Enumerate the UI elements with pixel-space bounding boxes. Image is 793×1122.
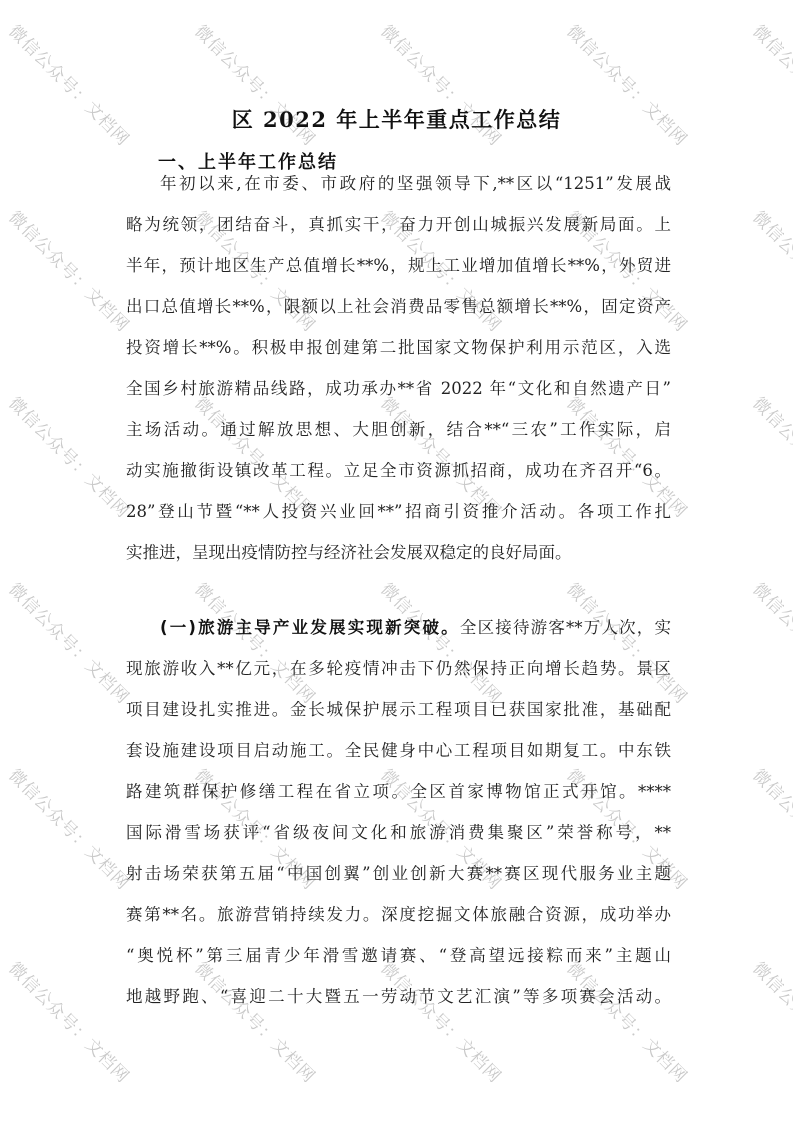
text-line: 年初以来,在市委、市政府的坚强领导下,**区以“1251”发展战 bbox=[160, 172, 671, 196]
text-span: 全区接待游客**万人次，实 bbox=[460, 618, 671, 637]
text-line: 套设施建设项目启动施工。全民健身中心工程项目如期复工。中东铁 bbox=[126, 739, 671, 763]
text-line: “奥悦杯”第三届青少年滑雪邀请赛、“登高望远接粽而来”主题山 bbox=[126, 944, 671, 968]
text-line: 全国乡村旅游精品线路，成功承办**省 2022 年“文化和自然遗产日” bbox=[126, 377, 671, 401]
text-line: 路建筑群保护修缮工程在省立项。全区首家博物馆正式开馆。**** bbox=[126, 780, 671, 804]
text-line: 现旅游收入**亿元，在多轮疫情冲击下仍然保持正向增长趋势。景区 bbox=[126, 657, 671, 681]
document-content: 区 2022 年上半年重点工作总结 一、上半年工作总结 年初以来,在市委、市政府… bbox=[0, 0, 793, 1122]
text-line: 28”登山节暨“**人投资兴业回**”招商引资推介活动。各项工作扎 bbox=[126, 500, 671, 524]
text-line: 动实施撤街设镇改革工程。立足全市资源抓招商，成功在齐召开“6。 bbox=[126, 459, 671, 483]
text-line: 国际滑雪场获评“省级夜间文化和旅游消费集聚区”荣誉称号，** bbox=[126, 821, 671, 845]
text-line: 半年，预计地区生产总值增长**%，规上工业增加值增长**%，外贸进 bbox=[126, 254, 671, 278]
text-line: 主场活动。通过解放思想、大胆创新，结合**“三农”工作实际，启 bbox=[126, 418, 671, 442]
text-line: 投资增长**%。积极申报创建第二批国家文物保护利用示范区，入选 bbox=[126, 336, 671, 360]
text-line: 地越野跑、“喜迎二十大暨五一劳动节文艺汇演”等多项赛会活动。 bbox=[126, 985, 671, 1009]
text-line: 略为统领，团结奋斗，真抓实干，奋力开创山城振兴发展新局面。上 bbox=[126, 213, 671, 237]
text-line: 出口总值增长**%，限额以上社会消费品零售总额增长**%，固定资产 bbox=[126, 295, 671, 319]
document-title: 区 2022 年上半年重点工作总结 bbox=[0, 104, 793, 134]
text-line: 射击场荣获第五届“中国创翼”创业创新大赛**赛区现代服务业主题 bbox=[126, 862, 671, 886]
document-page: 微信公众号：文档网 微信公众号：文档网 微信公众号：文档网 微信公众号：文档网 … bbox=[0, 0, 793, 1122]
section-heading: 一、上半年工作总结 bbox=[158, 148, 338, 174]
text-line: 实推进，呈现出疫情防控与经济社会发展双稳定的良好局面。 bbox=[126, 541, 671, 565]
text-line: (一)旅游主导产业发展实现新突破。全区接待游客**万人次，实 bbox=[160, 616, 671, 640]
text-line: 赛第**名。旅游营销持续发力。深度挖掘文体旅融合资源，成功举办 bbox=[126, 903, 671, 927]
text-line: 项目建设扎实推进。金长城保护展示工程项目已获国家批准，基础配 bbox=[126, 698, 671, 722]
subsection-heading: (一)旅游主导产业发展实现新突破。 bbox=[160, 618, 460, 637]
